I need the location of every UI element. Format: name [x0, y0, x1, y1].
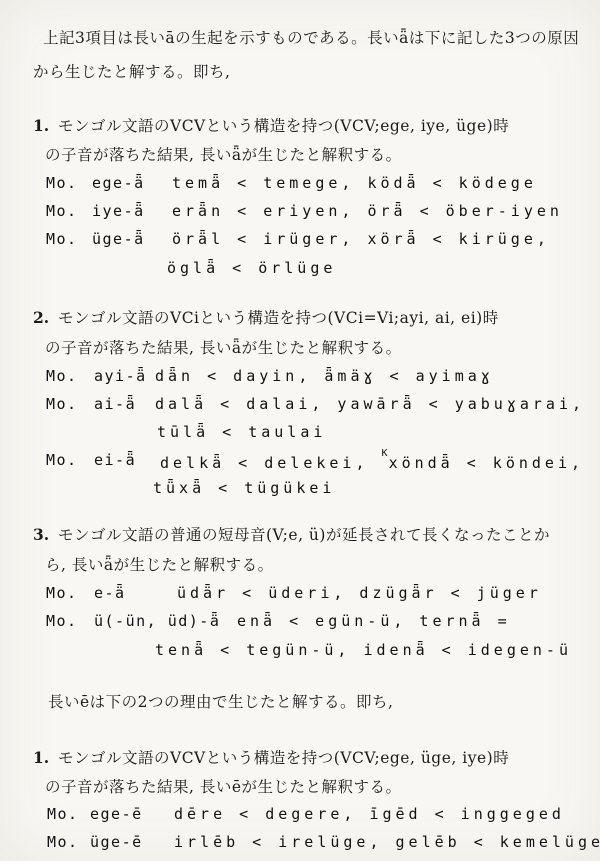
item2-text-line1: モンゴル文語のVCiという構造を持つ(VCi=Vi;ayi, ai, ei)時	[58, 307, 499, 329]
pattern-label: e-ǟ	[94, 582, 126, 604]
pattern-label: ege-ǟ	[92, 172, 145, 194]
mo-abbr: Mo.	[46, 228, 78, 250]
item4-text-line1: モンゴル文語のVCVという構造を持つ(VCV;ege, üge, iye)時	[58, 747, 509, 769]
pattern-label: ü(-ün, üd)-ǟ	[94, 610, 220, 632]
item4-heading: 1. モンゴル文語のVCVという構造を持つ(VCV;ege, üge, iye)…	[0, 747, 600, 771]
item1-heading: 1. モンゴル文語のVCVという構造を持つ(VCV;ege, iye, üge)…	[0, 115, 600, 139]
example-words: tǖxǟ < tügükei	[153, 477, 335, 499]
example-continuation: öglǟ < örlüge	[0, 257, 600, 281]
list-number: 1.	[33, 747, 49, 769]
example-row: Mo. üge-ē irlēb < irelüge, gelēb < kemel…	[0, 831, 600, 855]
mid-paragraph: 長いēは下の2つの理由で生じたと解する。即ち,	[0, 691, 600, 715]
item2-heading: の子音が落ちた結果, 長いǟが生じたと解釈する。	[0, 337, 600, 361]
item1-text-line1: モンゴル文語のVCVという構造を持つ(VCV;ege, iye, üge)時	[58, 115, 509, 137]
item3-text-line1: モンゴル文語の普通の短母音(V;e, ü)が延長されて長くなったことか	[58, 524, 550, 546]
example-words-part1: delkǟ < delekei,	[160, 454, 382, 472]
example-row: Mo. ü(-ün, üd)-ǟ enǟ < egün-ü, ternǟ =	[0, 610, 600, 634]
pattern-label: ei-ǟ	[94, 449, 136, 471]
example-row: Mo. üge-ǟ örǟl < irüger, xörǟ < kirüge,	[0, 228, 600, 252]
list-number: 1.	[33, 115, 49, 137]
pattern-label: üge-ǟ	[92, 228, 145, 250]
scanned-document-page: 上記3項目は長いāの生起を示すものである。長いǟは下に記した3つの原因 から生じ…	[0, 0, 600, 861]
example-words: örǟl < irüger, xörǟ < kirüge,	[172, 228, 550, 250]
example-words: erǟn < eriyen, örǟ < öber-iyen	[172, 200, 563, 222]
intro-line-1: 上記3項目は長いāの生起を示すものである。長いǟは下に記した3つの原因	[43, 27, 579, 49]
example-continuation: tǖxǟ < tügükei	[0, 477, 600, 501]
example-words: dalǟ < dalai, yawārǟ < yabuɣarai,	[155, 393, 585, 415]
item3-heading: 3. モンゴル文語の普通の短母音(V;e, ü)が延長されて長くなったことか	[0, 524, 600, 548]
pattern-label: iye-ǟ	[92, 200, 145, 222]
item3-heading: ら, 長いǟが生じたと解釈する。	[0, 554, 600, 578]
mo-abbr: Mo.	[47, 831, 79, 853]
example-words: öglǟ < örlüge	[167, 257, 336, 279]
example-words: üdǟr < üderi, dzügǟr < jüger	[177, 582, 542, 604]
example-words: irlēb < irelüge, gelēb < kemelüge	[174, 831, 600, 853]
mo-abbr: Mo.	[46, 449, 78, 471]
intro-paragraph: 上記3項目は長いāの生起を示すものである。長いǟは下に記した3つの原因	[0, 27, 600, 51]
example-row: Mo. ege-ē dēre < degere, īgēd < inggeged	[0, 803, 600, 827]
example-words: tūlǟ < taulai	[157, 421, 326, 443]
list-number: 3.	[33, 524, 49, 546]
example-row: Mo. ai-ǟ dalǟ < dalai, yawārǟ < yabuɣara…	[0, 393, 600, 417]
pattern-label: ai-ǟ	[94, 393, 136, 415]
superscript-k: K	[382, 448, 389, 459]
example-row: Mo. ei-ǟ delkǟ < delekei, Kxöndǟ < könde…	[0, 449, 600, 473]
example-words: dǟn < dayin, ǟmäɣ < ayimaɣ	[155, 365, 494, 387]
item4-text-line2: の子音が落ちた結果, 長いēが生じたと解釈する。	[45, 776, 402, 798]
example-words: dēre < degere, īgēd < inggeged	[174, 803, 565, 825]
example-row: Mo. iye-ǟ erǟn < eriyen, örǟ < öber-iyen	[0, 200, 600, 224]
example-words: temǟ < temege, ködǟ < ködege	[172, 172, 537, 194]
example-words: tenǟ < tegün-ü, idenǟ < idegen-ü	[155, 639, 572, 661]
list-number: 2.	[33, 307, 49, 329]
mo-abbr: Mo.	[46, 393, 78, 415]
item2-heading: 2. モンゴル文語のVCiという構造を持つ(VCi=Vi;ayi, ai, ei…	[0, 307, 600, 331]
item2-text-line2: の子音が落ちた結果, 長いǟが生じたと解釈する。	[45, 337, 402, 359]
example-words: delkǟ < delekei, Kxöndǟ < köndei,	[160, 449, 584, 474]
example-row: Mo. ayi-ǟ dǟn < dayin, ǟmäɣ < ayimaɣ	[0, 365, 600, 389]
item3-text-line2: ら, 長いǟが生じたと解釈する。	[45, 554, 274, 576]
mo-abbr: Mo.	[46, 172, 78, 194]
item1-heading: の子音が落ちた結果, 長いǟが生じたと解釈する。	[0, 144, 600, 168]
mo-abbr: Mo.	[46, 582, 78, 604]
example-words-part2: xöndǟ < köndei,	[389, 454, 584, 472]
example-row: Mo. ege-ǟ temǟ < temege, ködǟ < ködege	[0, 172, 600, 196]
example-words: enǟ < egün-ü, ternǟ =	[237, 610, 511, 632]
intro-line-2: から生じたと解する。即ち,	[33, 61, 230, 83]
example-continuation: tūlǟ < taulai	[0, 421, 600, 445]
mo-abbr: Mo.	[46, 365, 78, 387]
mid-line-1: 長いēは下の2つの理由で生じたと解する。即ち,	[48, 691, 393, 713]
mo-abbr: Mo.	[47, 803, 79, 825]
item4-heading: の子音が落ちた結果, 長いēが生じたと解釈する。	[0, 776, 600, 800]
intro-paragraph: から生じたと解する。即ち,	[0, 61, 600, 85]
mo-abbr: Mo.	[46, 610, 78, 632]
mo-abbr: Mo.	[46, 200, 78, 222]
example-row: Mo. e-ǟ üdǟr < üderi, dzügǟr < jüger	[0, 582, 600, 606]
example-continuation: tenǟ < tegün-ü, idenǟ < idegen-ü	[0, 639, 600, 663]
item1-text-line2: の子音が落ちた結果, 長いǟが生じたと解釈する。	[45, 144, 402, 166]
pattern-label: ayi-ǟ	[94, 365, 147, 387]
pattern-label: üge-ē	[90, 831, 143, 853]
pattern-label: ege-ē	[90, 803, 143, 825]
